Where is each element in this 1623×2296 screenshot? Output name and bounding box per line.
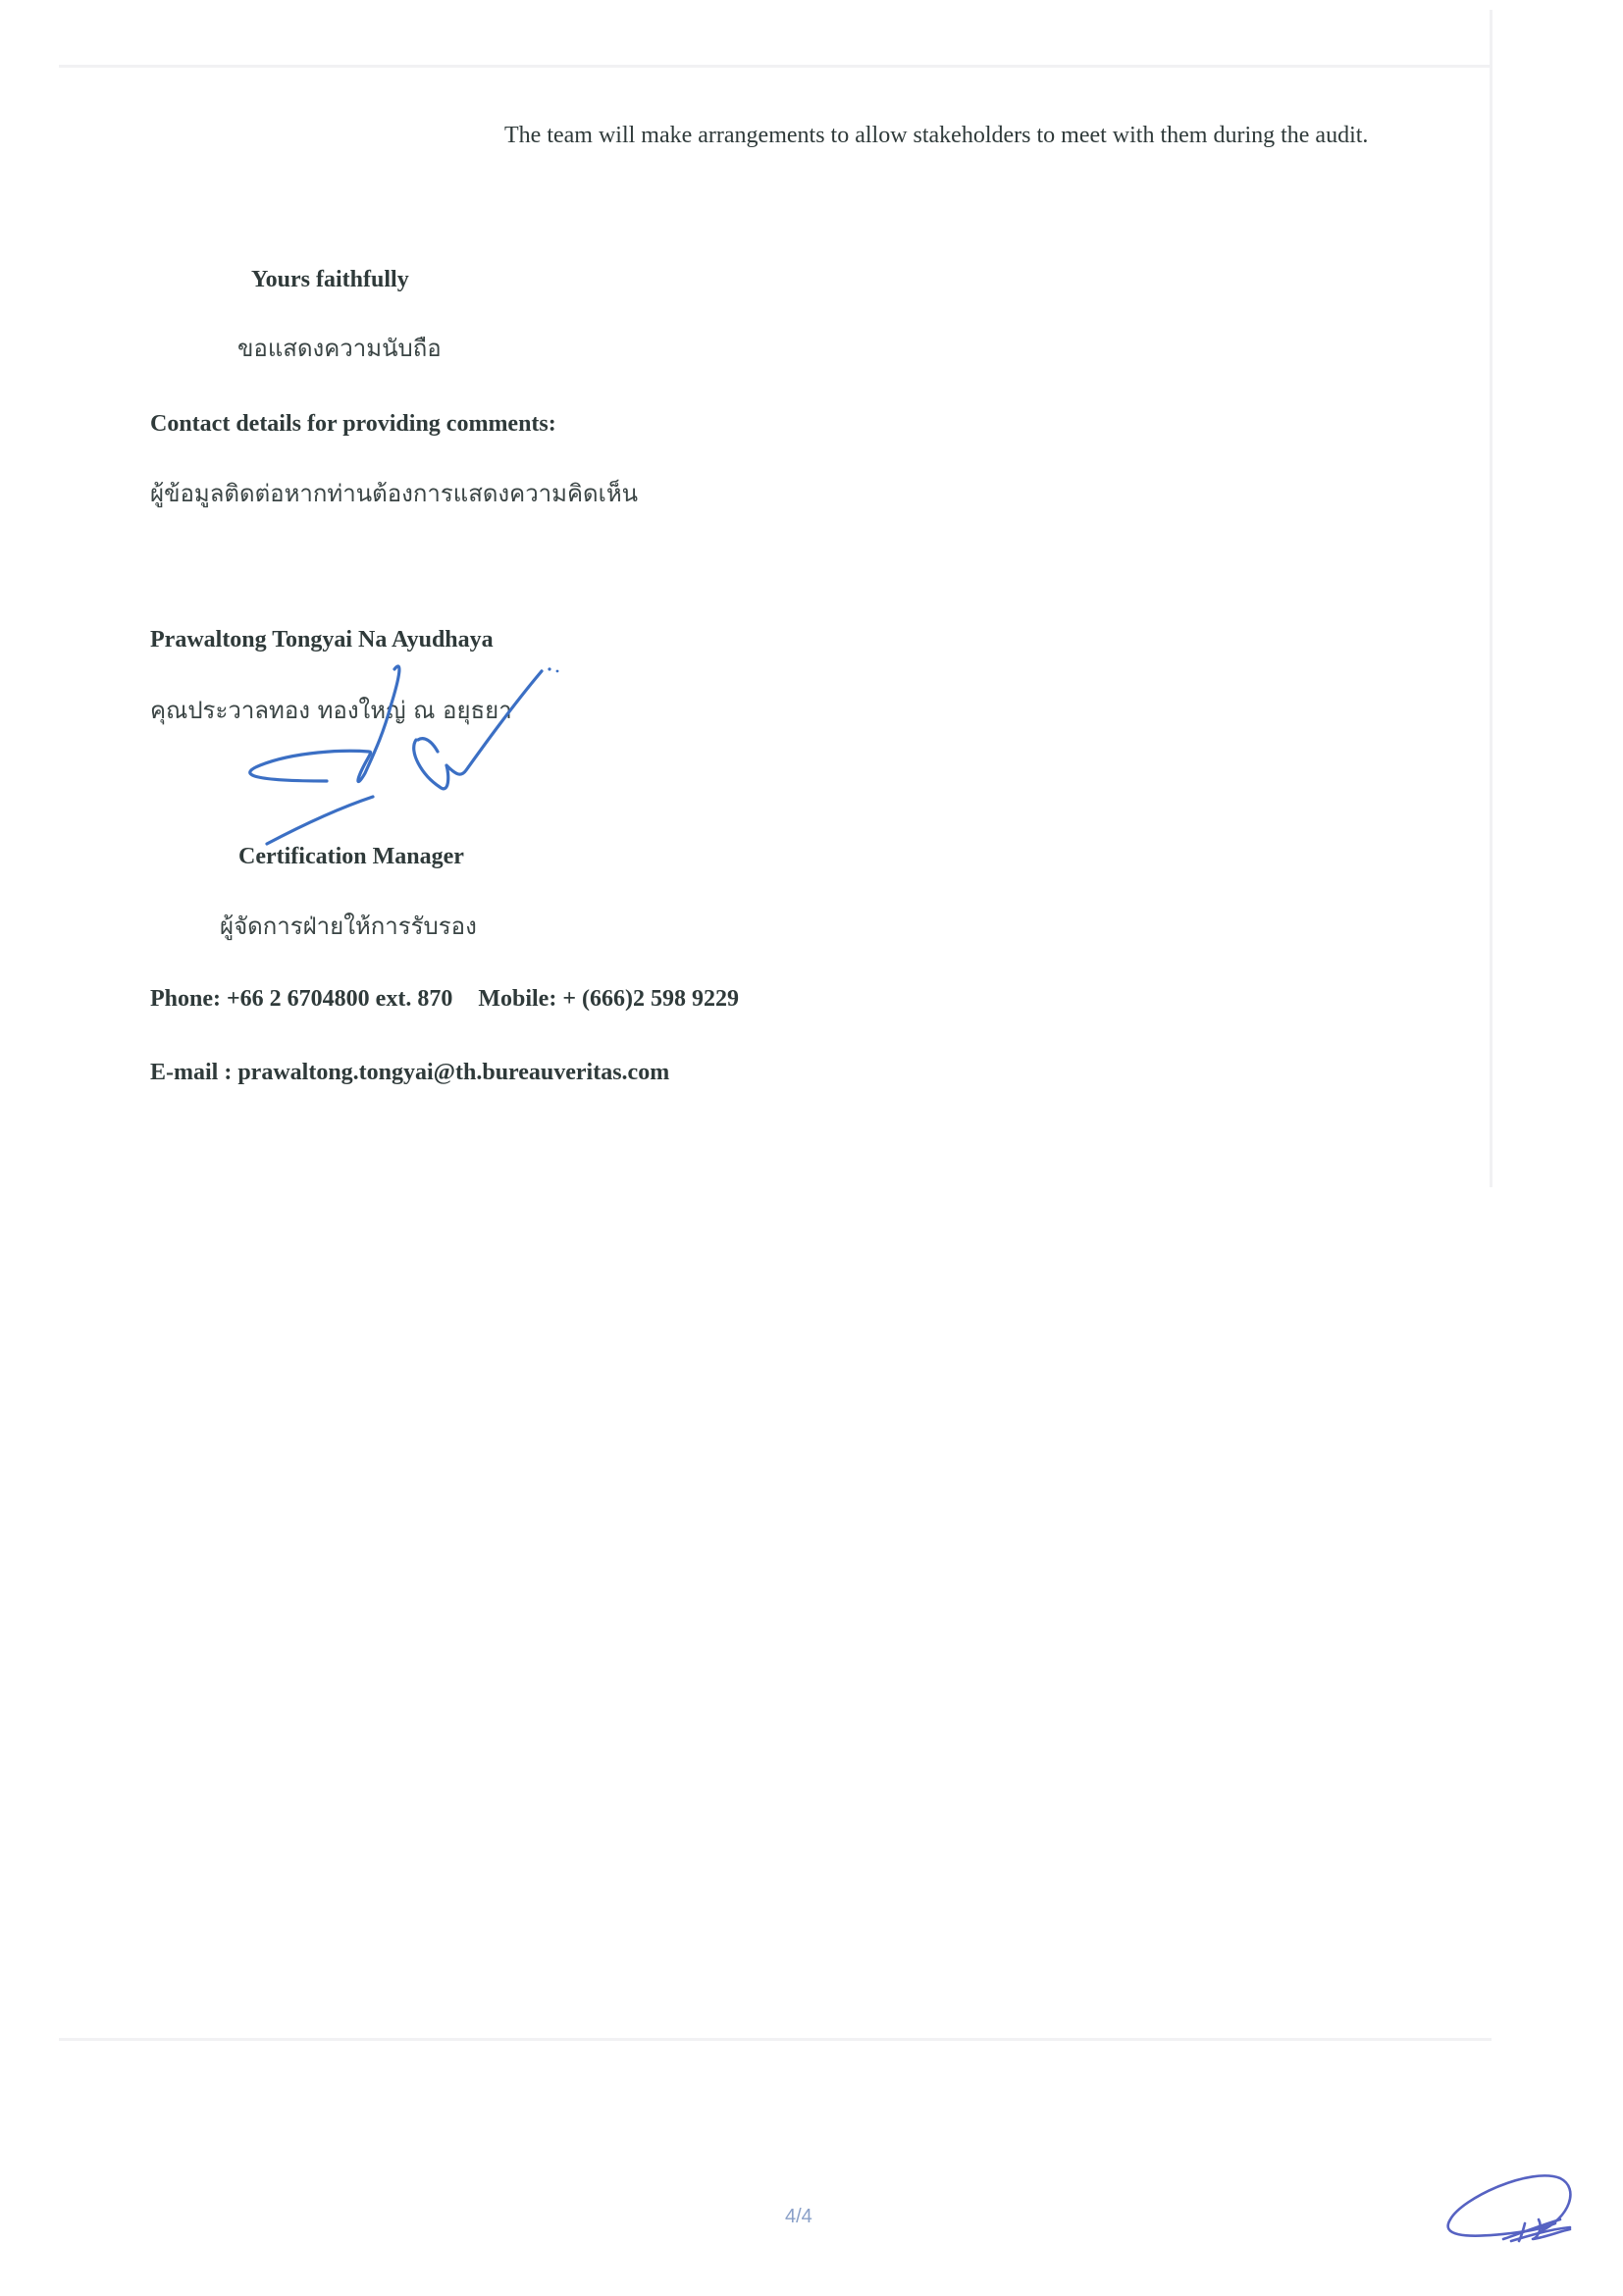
mobile-label: Mobile:	[478, 986, 556, 1012]
signatory-title-th: ผู้จัดการฝ่ายให้การรับรอง	[220, 914, 477, 938]
closing-th: ขอแสดงความนับถือ	[237, 337, 442, 360]
scan-artifact-top	[59, 65, 1492, 68]
page-number: 4/4	[785, 2207, 812, 2226]
email-label: E-mail :	[150, 1060, 232, 1085]
contact-email-line: E-mail : prawaltong.tongyai@th.bureauver…	[150, 1061, 669, 1084]
phone-value: +66 2 6704800 ext. 870	[227, 986, 452, 1012]
phone-label: Phone:	[150, 986, 221, 1012]
closing-en: Yours faithfully	[251, 268, 409, 291]
contact-heading-en: Contact details for providing comments:	[150, 412, 556, 436]
intro-sentence: The team will make arrangements to allow…	[504, 124, 1368, 147]
handwritten-signature	[137, 657, 589, 854]
signatory-name-en: Prawaltong Tongyai Na Ayudhaya	[150, 628, 494, 652]
contact-phone-line: Phone: +66 2 6704800 ext. 870 Mobile: + …	[150, 987, 739, 1011]
mobile-value: + (666)2 598 9229	[562, 986, 739, 1012]
email-link[interactable]: prawaltong.tongyai@th.bureauveritas.com	[237, 1060, 669, 1085]
scan-artifact-bottom	[59, 2038, 1492, 2041]
contact-heading-th: ผู้ข้อมูลติดต่อหากท่านต้องการแสดงความคิด…	[150, 482, 638, 505]
scan-artifact-right	[1490, 10, 1492, 1187]
signatory-title-en: Certification Manager	[238, 845, 464, 868]
initials-signature	[1423, 2159, 1619, 2296]
